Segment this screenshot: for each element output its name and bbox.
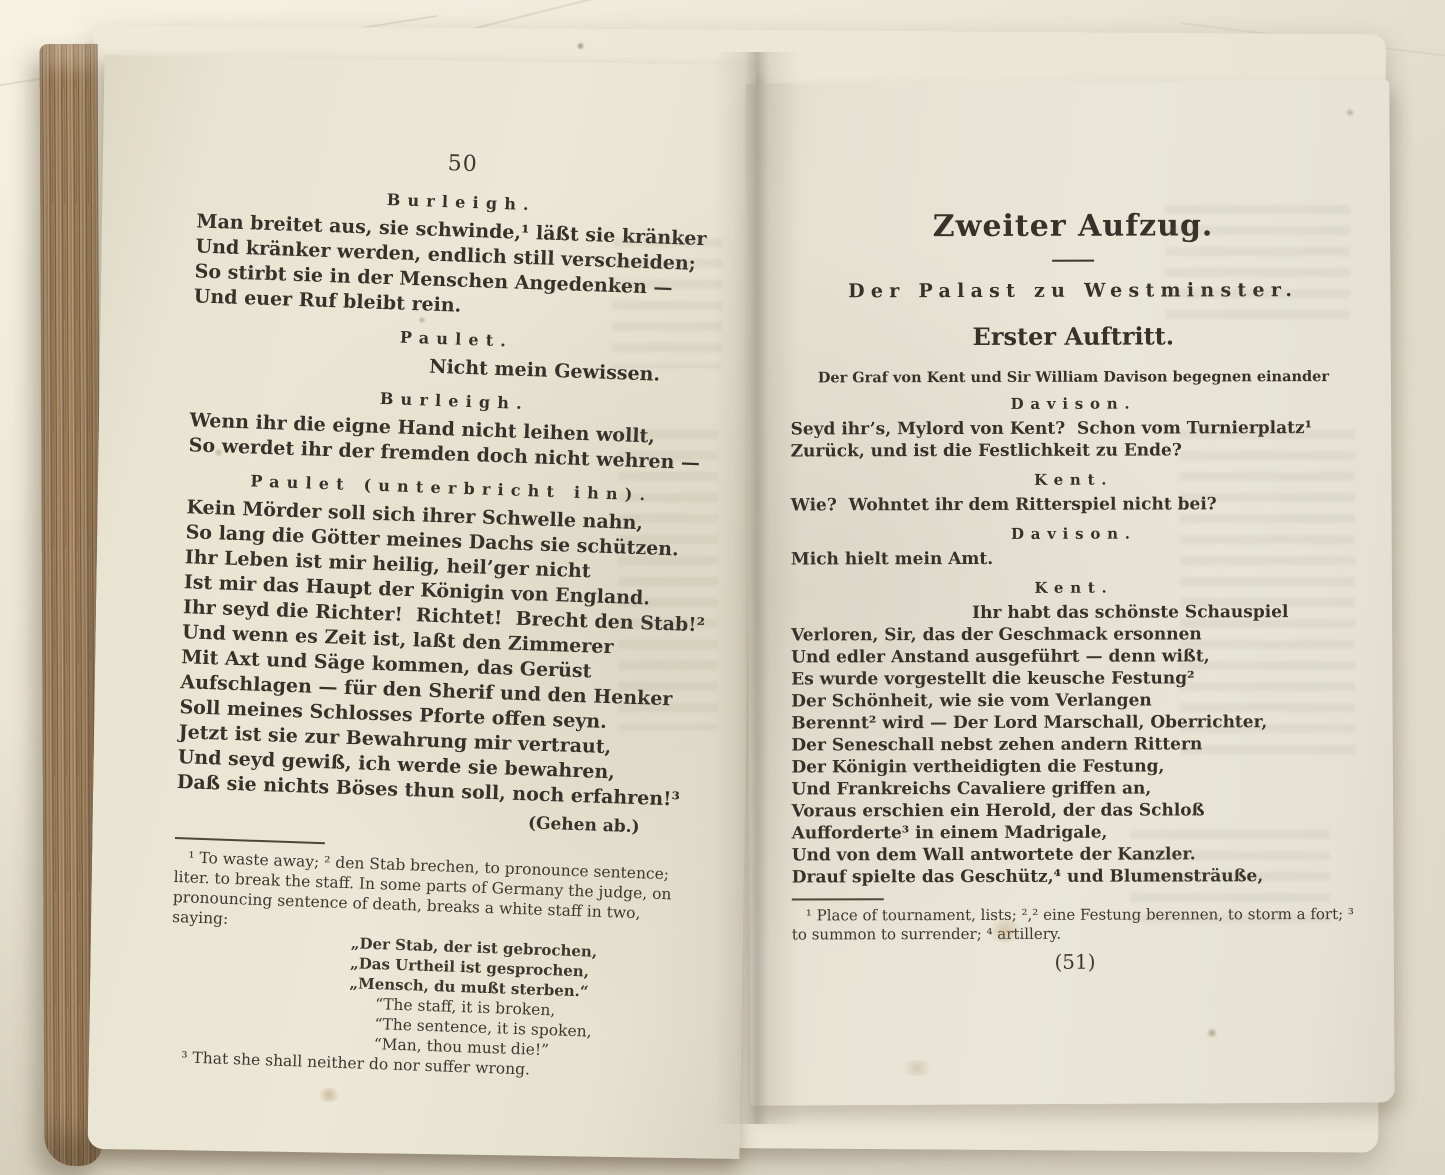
scene-title: Erster Auftritt. — [790, 321, 1356, 351]
verse-kent-2: Verloren, Sir, das der Geschmack ersonne… — [791, 623, 1358, 888]
photo-of-open-book: 50 Burleigh.Man breitet aus, sie schwind… — [0, 0, 1445, 1175]
right-page-content: Zweiter Aufzug. Der Palast zu Westminste… — [790, 208, 1358, 974]
text-line: Es wurde vorgestellt die keusche Festung… — [791, 667, 1357, 690]
text-line: Voraus erschien ein Herold, der das Schl… — [792, 799, 1358, 822]
text-line: Und von dem Wall antwortete der Kanzler. — [792, 843, 1358, 866]
verse-davison-1: Seyd ihr’s, Mylord von Kent? Schon vom T… — [791, 417, 1357, 462]
text-line: Der Königin vertheidigten die Festung, — [791, 755, 1357, 778]
text-line: Verloren, Sir, das der Geschmack ersonne… — [791, 623, 1357, 646]
footnote-rule-left — [175, 837, 325, 844]
speaker-davison: Davison. — [790, 394, 1356, 413]
text-line: Der Schönheit, wie sie vom Verlangen — [791, 689, 1357, 712]
text-line: Und Frankreichs Cavaliere griffen an, — [791, 777, 1357, 800]
right-page: Zweiter Aufzug. Der Palast zu Westminste… — [745, 80, 1394, 1105]
text-line: Mich hielt mein Amt. — [791, 547, 1357, 570]
text-line: Der Seneschall nebst zehen andern Ritter… — [791, 733, 1357, 756]
text-line: Drauf spielte das Geschütz,⁴ und Blumens… — [792, 865, 1358, 888]
left-page-content: 50 Burleigh.Man breitet aus, sie schwind… — [167, 142, 727, 1085]
verse-kent-1: Wie? Wohntet ihr dem Ritterspiel nicht b… — [791, 493, 1357, 516]
verse-davison-2: Mich hielt mein Amt. — [791, 547, 1357, 570]
verse-burleigh-2: Wenn ihr die eigne Hand nicht leihen wol… — [188, 408, 717, 476]
footnote-1-4: ¹ Place of tournament, lists; ²,² eine F… — [792, 905, 1358, 944]
left-page-footnotes: ¹ To waste away; ² den Stab brechen, to … — [167, 847, 702, 1085]
text-line: Berennt² wird — Der Lord Marschall, Ober… — [791, 711, 1357, 734]
speaker-kent: Kent. — [791, 578, 1357, 597]
scene-stage-direction: Der Graf von Kent und Sir William Daviso… — [790, 368, 1356, 386]
verse-kent-2-open: Ihr habt das schönste Schauspiel — [791, 601, 1357, 624]
act-title-divider — [1052, 260, 1094, 262]
left-page-text: Burleigh.Man breitet aus, sie schwinde,¹… — [176, 183, 726, 839]
text-line: Und edler Anstand ausgeführt — denn wißt… — [791, 645, 1357, 668]
scene-location: Der Palast zu Westminster. — [790, 279, 1356, 302]
left-page: 50 Burleigh.Man breitet aus, sie schwind… — [87, 55, 756, 1159]
verse-paulet-speech: Kein Mörder soll sich ihrer Schwelle nah… — [176, 495, 714, 813]
text-line: Wie? Wohntet ihr dem Ritterspiel nicht b… — [791, 493, 1357, 516]
act-title: Zweiter Aufzug. — [790, 208, 1356, 244]
text-line: Aufforderte³ in einem Madrigale, — [792, 821, 1358, 844]
right-page-text: Davison.Seyd ihr’s, Mylord von Kent? Sch… — [790, 394, 1357, 888]
verse-burleigh: Man breitet aus, sie schwinde,¹ läßt sie… — [193, 209, 724, 327]
text-line: Zurück, und ist die Festlichkeit zu Ende… — [791, 439, 1357, 462]
page-number-right: (51) — [792, 949, 1358, 974]
page-number-left: 50 — [198, 142, 727, 185]
speaker-kent: Kent. — [791, 470, 1357, 489]
right-page-footnotes: ¹ Place of tournament, lists; ²,² eine F… — [792, 905, 1358, 944]
speaker-davison: Davison. — [791, 524, 1357, 543]
footnote-rule-right — [792, 898, 884, 900]
text-line: Seyd ihr’s, Mylord von Kent? Schon vom T… — [791, 417, 1357, 440]
